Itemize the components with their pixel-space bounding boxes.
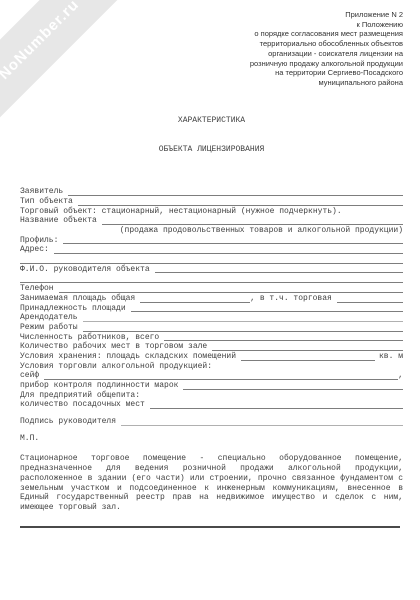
safe-blank [44,371,398,380]
staff-label: Численность работников, всего [20,333,159,343]
marks-device-label: прибор контроля подлинности марок [20,381,178,391]
applicant-label: Заявитель [20,187,63,197]
trade-object-text: Торговый объект: стационарный, нестацион… [20,207,342,217]
bottom-rule [20,526,400,528]
area-label: Занимаемая площадь общая [20,294,135,304]
storage-units-label: кв. м [379,352,403,362]
catering-text: Для предприятий общепита: [20,391,140,401]
stamp-place-text: М.П. [20,434,39,444]
field-schedule: Режим работы [20,323,403,333]
field-storage: Условия хранения: площадь складских поме… [20,352,403,362]
applicant-blank [68,187,403,196]
doc-title: ХАРАКТЕРИСТИКА ОБЪЕКТА ЛИЦЕНЗИРОВАНИЯ [20,97,403,175]
field-ownership: Принадлежность площади [20,304,403,314]
field-object-type: Тип объекта [20,197,403,207]
doc-title-line2: ОБЪЕКТА ЛИЦЕНЗИРОВАНИЯ [20,145,403,155]
appendix-note-line: розничную продажу алкогольной продукции [20,59,403,69]
landlord-blank [83,313,403,322]
object-name-hint-text: (продажа продовольственных товаров и алк… [120,226,403,236]
trade-object-note: Торговый объект: стационарный, нестацион… [20,207,403,217]
signature-blank [121,417,403,426]
field-safe: сейф , [20,371,403,381]
field-phone: Телефон [20,284,403,294]
address-continuation-line [20,255,403,265]
field-applicant: Заявитель [20,187,403,197]
field-marks-device: прибор контроля подлинности марок [20,381,403,391]
object-name-blank [102,216,403,225]
field-head-name: Ф.И.О. руководителя объекта [20,265,403,275]
phone-blank [59,284,403,293]
safe-comma: , [398,371,403,381]
marks-device-blank [183,381,403,390]
area-trade-blank [337,294,403,303]
address-blank [54,245,403,254]
field-signature: Подпись руководителя [20,417,403,427]
alcohol-conditions-heading: Условия торговли алкогольной продукцией: [20,362,403,372]
object-name-hint: (продажа продовольственных товаров и алк… [20,226,403,236]
alcohol-conditions-text: Условия торговли алкогольной продукцией: [20,362,212,372]
field-staff: Численность работников, всего [20,333,403,343]
definition-paragraph: Стационарное торговое помещение - специа… [20,454,403,512]
ownership-blank [131,304,403,313]
head-name-blank-2 [20,274,403,283]
appendix-note-line: муниципального района [20,78,403,88]
doc-title-line1: ХАРАКТЕРИСТИКА [20,116,403,126]
head-name-blank [155,265,403,274]
staff-blank [164,333,403,342]
field-profile: Профиль: [20,236,403,246]
appendix-note: Приложение N 2 к Положению о порядке сог… [20,10,403,88]
schedule-label: Режим работы [20,323,78,333]
field-area: Занимаемая площадь общая , в т.ч. торгов… [20,294,403,304]
spacer [20,427,403,434]
appendix-note-line: на территории Сергиево-Посадского [20,68,403,78]
landlord-label: Арендодатель [20,313,78,323]
seats-blank [150,400,403,409]
appendix-note-line: о порядке согласования мест размещения [20,29,403,39]
profile-label: Профиль: [20,236,58,246]
field-object-name: Название объекта [20,216,403,226]
head-name-continuation-line [20,274,403,284]
storage-blank [241,352,375,361]
address-blank-2 [20,255,403,264]
appendix-note-line: территориально обособленных объектов [20,39,403,49]
area-total-blank [140,294,250,303]
object-type-blank [78,197,403,206]
signature-label: Подпись руководителя [20,417,116,427]
stamp-place: М.П. [20,434,403,444]
safe-label: сейф [20,371,39,381]
spacer [20,443,403,448]
appendix-note-line: Приложение N 2 [20,10,403,20]
address-label: Адрес: [20,245,49,255]
document-page: NoNumber.ru Приложение N 2 к Положению о… [0,0,420,600]
licensing-form: Заявитель Тип объекта Торговый объект: с… [20,187,403,448]
field-address: Адрес: [20,245,403,255]
phone-label: Телефон [20,284,54,294]
object-name-label: Название объекта [20,216,97,226]
catering-heading: Для предприятий общепита: [20,391,403,401]
spacer [20,410,403,417]
appendix-note-line: организации - соискателя лицензии на [20,49,403,59]
appendix-note-line: к Положению [20,20,403,30]
area-mid-label: , в т.ч. торговая [250,294,332,304]
field-seats: количество посадочных мест [20,400,403,410]
schedule-blank [83,323,403,332]
head-name-label: Ф.И.О. руководителя объекта [20,265,150,275]
seats-label: количество посадочных мест [20,400,145,410]
workplaces-blank [212,342,403,351]
field-landlord: Арендодатель [20,313,403,323]
field-workplaces: Количество рабочих мест в торговом зале [20,342,403,352]
storage-label: Условия хранения: площадь складских поме… [20,352,236,362]
workplaces-label: Количество рабочих мест в торговом зале [20,342,207,352]
ownership-label: Принадлежность площади [20,304,126,314]
profile-blank [63,236,403,245]
object-type-label: Тип объекта [20,197,73,207]
